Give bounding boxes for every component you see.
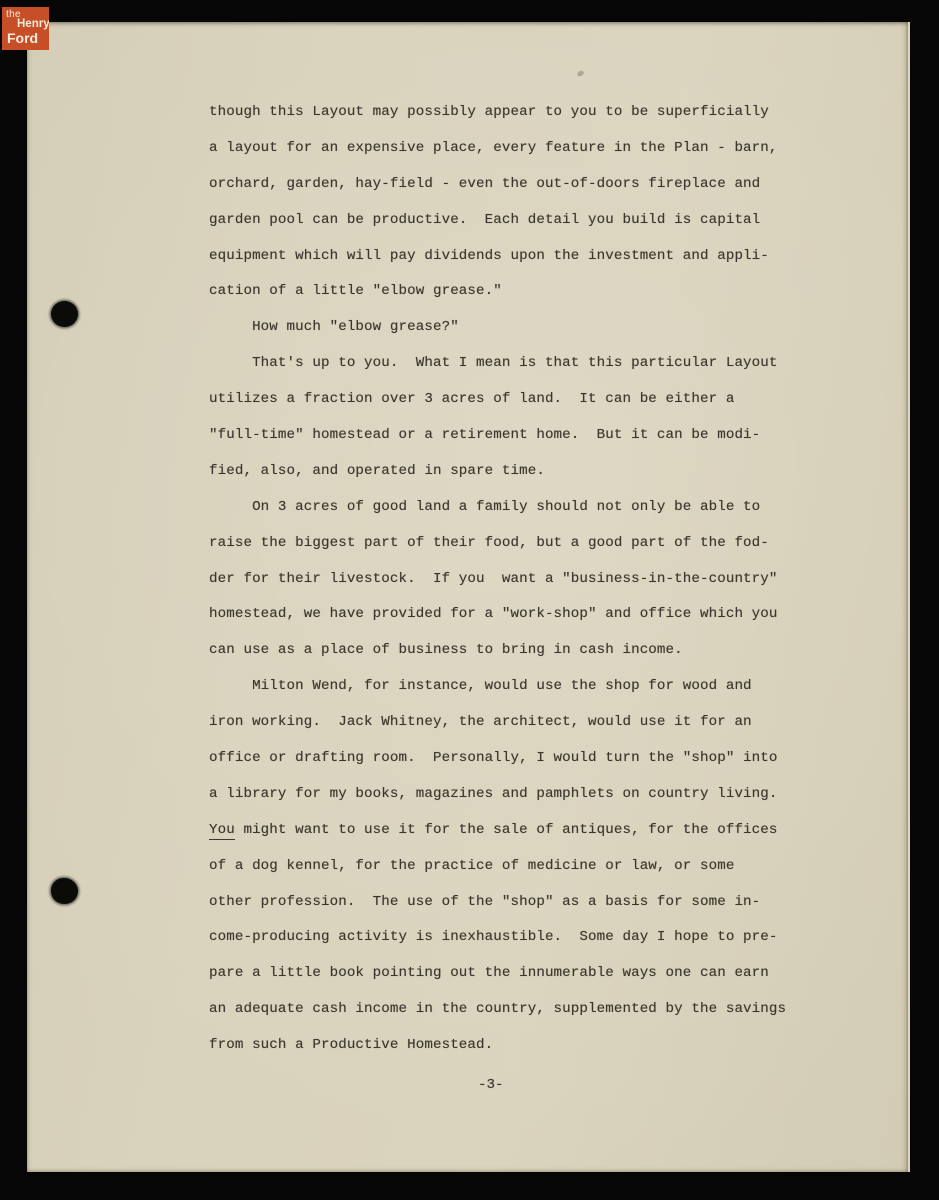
text-line: On 3 acres of good land a family should …: [209, 490, 849, 526]
text-line: from such a Productive Homestead.: [209, 1028, 849, 1064]
text-line: of a dog kennel, for the practice of med…: [209, 849, 849, 885]
text-line: office or drafting room. Personally, I w…: [209, 741, 849, 777]
text-line: iron working. Jack Whitney, the architec…: [209, 705, 849, 741]
document-page: though this Layout may possibly appear t…: [27, 22, 910, 1172]
text-line: "full-time" homestead or a retirement ho…: [209, 418, 849, 454]
text-line: That's up to you. What I mean is that th…: [209, 346, 849, 382]
text-line: garden pool can be productive. Each deta…: [209, 203, 849, 239]
text-line: der for their livestock. If you want a "…: [209, 562, 849, 598]
text-line: equipment which will pay dividends upon …: [209, 239, 849, 275]
text-line: cation of a little "elbow grease.": [209, 274, 849, 310]
text-line: utilizes a fraction over 3 acres of land…: [209, 382, 849, 418]
text-line: fied, also, and operated in spare time.: [209, 454, 849, 490]
text-line: though this Layout may possibly appear t…: [209, 95, 849, 131]
text-line: an adequate cash income in the country, …: [209, 992, 849, 1028]
text-line: a layout for an expensive place, every f…: [209, 131, 849, 167]
page-number: -3-: [478, 1067, 504, 1103]
underlined-text: You: [209, 822, 235, 840]
text-line: come-producing activity is inexhaustible…: [209, 920, 849, 956]
text-line: pare a little book pointing out the innu…: [209, 956, 849, 992]
henry-ford-logo: the Henry Ford: [2, 7, 49, 50]
typewritten-text-block: though this Layout may possibly appear t…: [209, 95, 849, 1064]
text-line: How much "elbow grease?": [209, 310, 849, 346]
text-line: other profession. The use of the "shop" …: [209, 885, 849, 921]
text-line: can use as a place of business to bring …: [209, 633, 849, 669]
text-line: You might want to use it for the sale of…: [209, 813, 849, 849]
punch-hole-bottom: [51, 878, 78, 904]
paper-speck: [576, 70, 584, 77]
logo-word-henry: Henry: [17, 19, 49, 31]
text-line: homestead, we have provided for a "work-…: [209, 597, 849, 633]
text-line: raise the biggest part of their food, bu…: [209, 526, 849, 562]
scanned-document-background: though this Layout may possibly appear t…: [0, 0, 939, 1200]
text-line: a library for my books, magazines and pa…: [209, 777, 849, 813]
punch-hole-top: [51, 301, 78, 327]
text-line: orchard, garden, hay-field - even the ou…: [209, 167, 849, 203]
text-line: Milton Wend, for instance, would use the…: [209, 669, 849, 705]
logo-word-ford: Ford: [7, 31, 38, 45]
